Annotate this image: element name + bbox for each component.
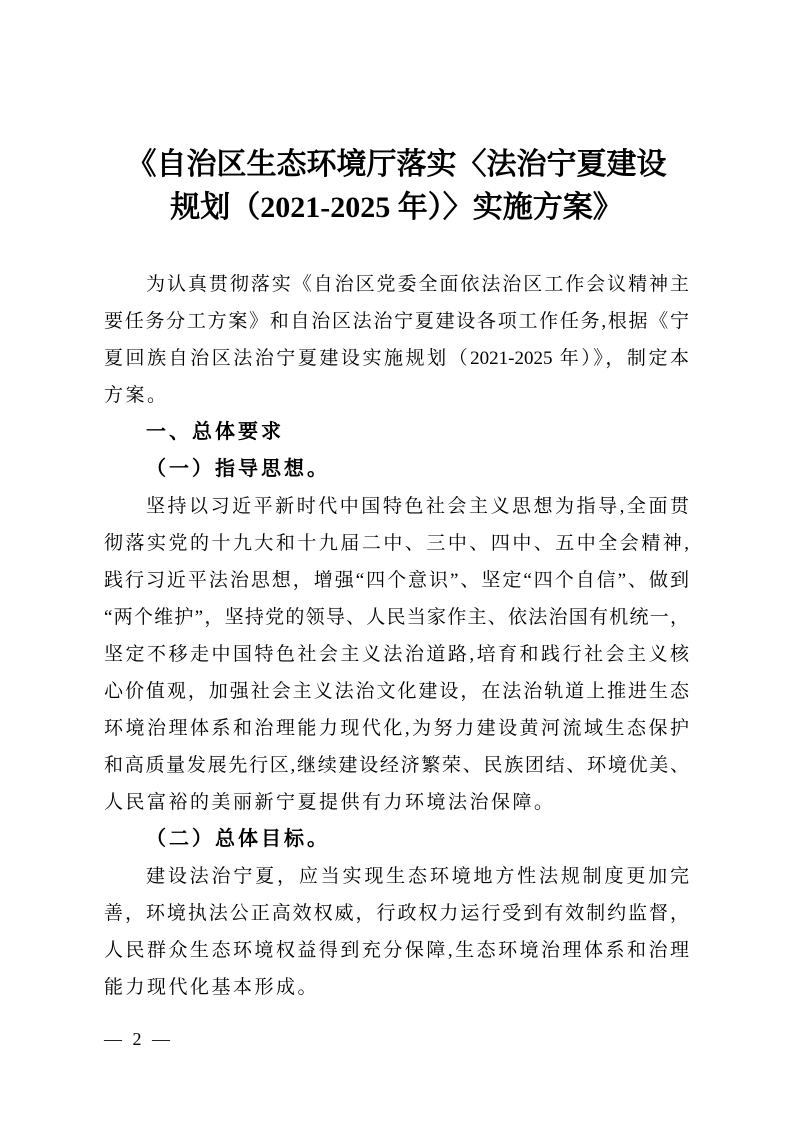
text-line: 能力现代化基本形成。 [104,969,689,1006]
page-number: — 2 — [104,1029,173,1050]
text-line: 方案。 [104,377,689,414]
text-line: 为认真贯彻落实《自治区党委全面依法治区工作会议精神主 [104,266,689,303]
text-line: 坚持以习近平新时代中国特色社会主义思想为指导,全面贯 [104,488,689,525]
subsection-2-heading: （二）总体目标。 [104,821,689,858]
text-line: 要任务分工方案》和自治区法治宁夏建设各项工作任务,根据《宁 [104,303,689,340]
text-line: 建设法治宁夏，应当实现生态环境地方性法规制度更加完 [104,858,689,895]
text-line: 人民富裕的美丽新宁夏提供有力环境法治保障。 [104,784,689,821]
text-line: 善，环境执法公正高效权威，行政权力运行受到有效制约监督， [104,895,689,932]
document-title-line-1: 《自治区生态环境厅落实〈法治宁夏建设 [104,143,689,186]
document-title-line-2: 规划（2021-2025 年）〉实施方案》 [104,186,689,229]
section-1-heading: 一、总体要求 [104,414,689,451]
intro-paragraph: 为认真贯彻落实《自治区党委全面依法治区工作会议精神主 要任务分工方案》和自治区法… [104,266,689,414]
text-line: 坚定不移走中国特色社会主义法治道路,培育和践行社会主义核 [104,636,689,673]
overall-goal-paragraph: 建设法治宁夏，应当实现生态环境地方性法规制度更加完 善，环境执法公正高效权威，行… [104,858,689,1006]
document-page: 《自治区生态环境厅落实〈法治宁夏建设 规划（2021-2025 年）〉实施方案》… [0,0,793,1121]
text-line: 人民群众生态环境权益得到充分保障,生态环境治理体系和治理 [104,932,689,969]
text-line: “两个维护”，坚持党的领导、人民当家作主、依法治国有机统一， [104,599,689,636]
subsection-1-heading: （一）指导思想。 [104,451,689,488]
text-line: 环境治理体系和治理能力现代化,为努力建设黄河流域生态保护 [104,710,689,747]
text-line: 彻落实党的十九大和十九届二中、三中、四中、五中全会精神, [104,525,689,562]
text-line: 心价值观，加强社会主义法治文化建设，在法治轨道上推进生态 [104,673,689,710]
guiding-thought-paragraph: 坚持以习近平新时代中国特色社会主义思想为指导,全面贯 彻落实党的十九大和十九届二… [104,488,689,821]
document-body: 为认真贯彻落实《自治区党委全面依法治区工作会议精神主 要任务分工方案》和自治区法… [104,266,689,1006]
document-title: 《自治区生态环境厅落实〈法治宁夏建设 规划（2021-2025 年）〉实施方案》 [104,143,689,229]
text-line: 践行习近平法治思想，增强“四个意识”、坚定“四个自信”、做到 [104,562,689,599]
text-line: 和高质量发展先行区,继续建设经济繁荣、民族团结、环境优美、 [104,747,689,784]
text-line: 夏回族自治区法治宁夏建设实施规划（2021-2025 年）》，制定本 [104,340,689,377]
